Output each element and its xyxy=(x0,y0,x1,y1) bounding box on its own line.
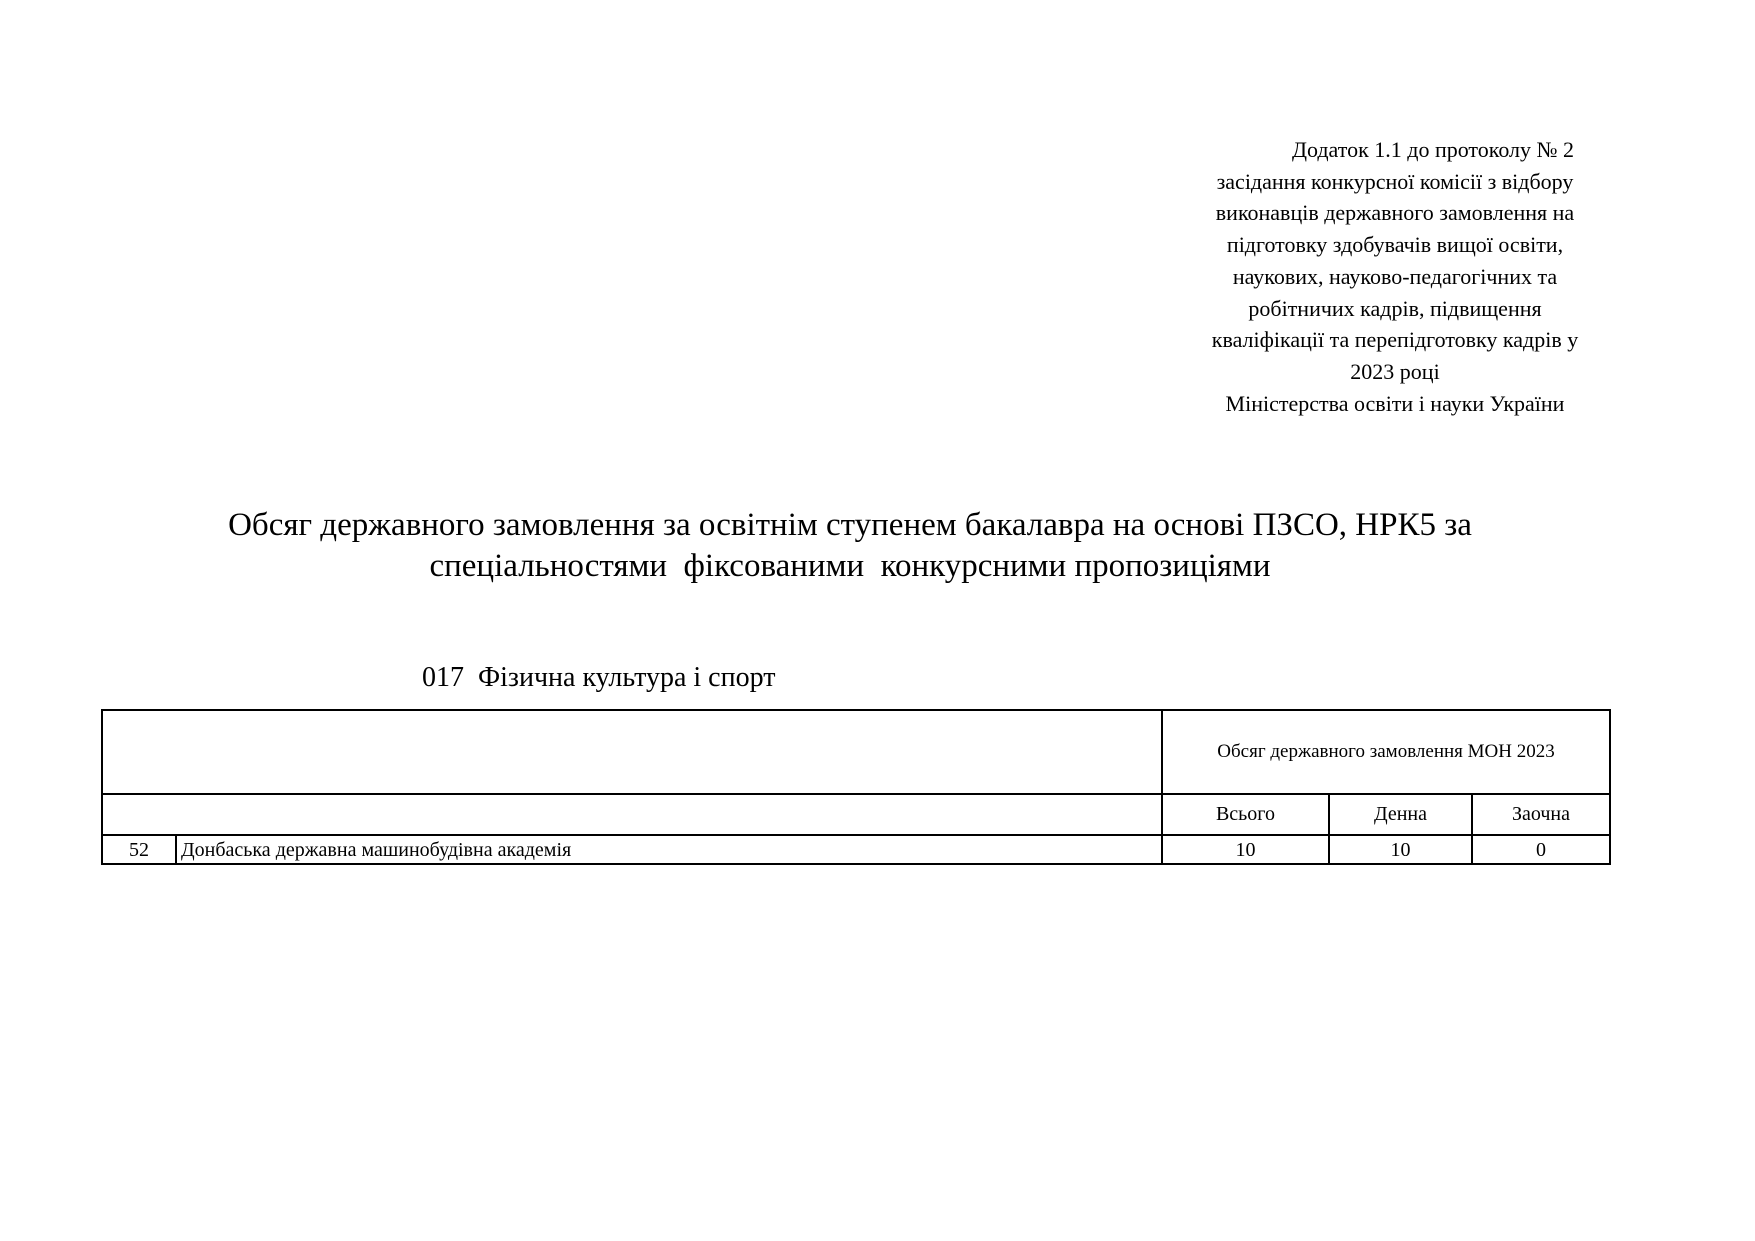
table-row: 52 Донбаська державна машинобудівна акад… xyxy=(102,835,1610,864)
annotation-line: Міністерства освіти і науки України xyxy=(1172,388,1618,420)
header-group-cell: Обсяг державного замовлення МОН 2023 xyxy=(1162,710,1610,794)
column-header-day: Денна xyxy=(1329,794,1472,835)
appendix-annotation: Додаток 1.1 до протоколу № 2 засідання к… xyxy=(1172,134,1618,419)
row-number: 52 xyxy=(102,835,176,864)
value-total: 10 xyxy=(1162,835,1329,864)
annotation-line: 2023 році xyxy=(1172,356,1618,388)
annotation-line: наукових, науково-педагогічних та xyxy=(1172,261,1618,293)
title-line-2: спеціальностями фіксованими конкурсними … xyxy=(150,546,1550,587)
table-subheader-row: Всього Денна Заочна xyxy=(102,794,1610,835)
title-line-1: Обсяг державного замовлення за освітнім … xyxy=(150,505,1550,546)
specialty-heading: 017 Фізична культура і спорт xyxy=(422,662,775,694)
header-empty-cell xyxy=(102,710,1162,794)
column-header-total: Всього xyxy=(1162,794,1329,835)
value-extramural: 0 xyxy=(1472,835,1610,864)
subheader-empty-cell xyxy=(102,794,1162,835)
state-order-table: Обсяг державного замовлення МОН 2023 Всь… xyxy=(101,709,1611,865)
annotation-line: засідання конкурсної комісії з відбору xyxy=(1172,166,1618,198)
annotation-line: робітничих кадрів, підвищення xyxy=(1172,293,1618,325)
annotation-line: Додаток 1.1 до протоколу № 2 xyxy=(1172,134,1618,166)
annotation-line: виконавців державного замовлення на xyxy=(1172,197,1618,229)
value-day: 10 xyxy=(1329,835,1472,864)
table-header-row: Обсяг державного замовлення МОН 2023 xyxy=(102,710,1610,794)
annotation-line: підготовку здобувачів вищої освіти, xyxy=(1172,229,1618,261)
column-header-extramural: Заочна xyxy=(1472,794,1610,835)
document-title: Обсяг державного замовлення за освітнім … xyxy=(150,505,1550,587)
annotation-line: кваліфікації та перепідготовку кадрів у xyxy=(1172,324,1618,356)
institution-name: Донбаська державна машинобудівна академі… xyxy=(176,835,1162,864)
